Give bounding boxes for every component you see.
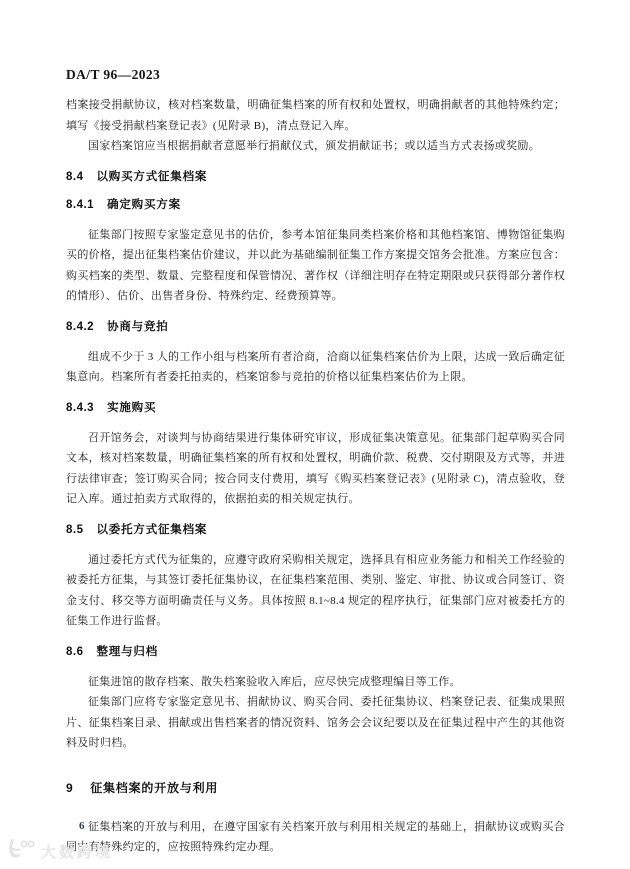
section-heading-8.4.2: 8.4.2协商与竞拍 — [66, 320, 565, 335]
page-number: 6 — [79, 820, 85, 832]
body-paragraph: 征集档案的开放与利用，在遵守国家有关档案开放与利用相关规定的基础上，捐献协议或购… — [66, 817, 565, 858]
body-paragraph: 召开馆务会，对谈判与协商结果进行集体研究审议，形成征集决策意见。征集部门起草购买… — [66, 428, 565, 510]
body-paragraph: 通过委托方式代为征集的，应遵守政府采购相关规定，选择具有相应业务能力和相关工作经… — [66, 550, 565, 632]
section-number: 9 — [66, 781, 73, 796]
section-title: 以委托方式征集档案 — [97, 523, 208, 538]
section-title: 实施购买 — [107, 401, 156, 416]
section-title: 整理与归档 — [97, 645, 159, 660]
section-heading-8.6: 8.6整理与归档 — [66, 645, 565, 660]
body-paragraph: 征集部门应将专家鉴定意见书、捐献协议、购买合同、委托征集协议、档案登记表、征集成… — [66, 692, 565, 754]
section-title: 协商与竞拍 — [107, 320, 169, 335]
section-title: 征集档案的开放与利用 — [90, 781, 218, 796]
section-heading-8.5: 8.5以委托方式征集档案 — [66, 523, 565, 538]
section-number: 8.4.3 — [66, 401, 94, 416]
section-number: 8.4.1 — [66, 198, 94, 213]
document-body: 档案接受捐献协议，核对档案数量，明确征集档案的所有权和处置权，明确捐献者的其他特… — [66, 95, 565, 858]
standard-code-header: DA/T 96—2023 — [66, 67, 160, 83]
section-heading-8.4: 8.4以购买方式征集档案 — [66, 170, 565, 185]
body-paragraph: 档案接受捐献协议，核对档案数量，明确征集档案的所有权和处置权，明确捐献者的其他特… — [66, 95, 565, 136]
body-paragraph: 组成不少于 3 人的工作小组与档案所有者洽商，洽商以征集档案估价为上限，达成一致… — [66, 347, 565, 388]
body-paragraph: 国家档案馆应当根据捐献者意愿举行捐献仪式，颁发捐献证书；或以适当方式表扬或奖励。 — [66, 136, 565, 157]
watermark-text: 大数跨境 — [41, 841, 113, 862]
section-heading-8.4.1: 8.4.1确定购买方案 — [66, 198, 565, 213]
section-heading-9: 9征集档案的开放与利用 — [66, 781, 565, 796]
watermark: 大数跨境 — [9, 839, 113, 863]
section-number: 8.4 — [66, 170, 84, 185]
section-title: 确定购买方案 — [107, 198, 181, 213]
section-heading-8.4.3: 8.4.3实施购买 — [66, 401, 565, 416]
section-number: 8.4.2 — [66, 320, 94, 335]
document-page: DA/T 96—2023 档案接受捐献协议，核对档案数量，明确征集档案的所有权和… — [0, 0, 630, 869]
body-paragraph: 征集进馆的散存档案、散失档案验收入库后，应尽快完成整理编目等工作。 — [66, 672, 565, 693]
section-number: 8.5 — [66, 523, 84, 538]
section-title: 以购买方式征集档案 — [97, 170, 208, 185]
body-paragraph: 征集部门按照专家鉴定意见书的估价，参考本馆征集同类档案价格和其他档案馆、博物馆征… — [66, 225, 565, 307]
section-number: 8.6 — [66, 645, 84, 660]
watermark-logo-icon — [9, 839, 36, 863]
